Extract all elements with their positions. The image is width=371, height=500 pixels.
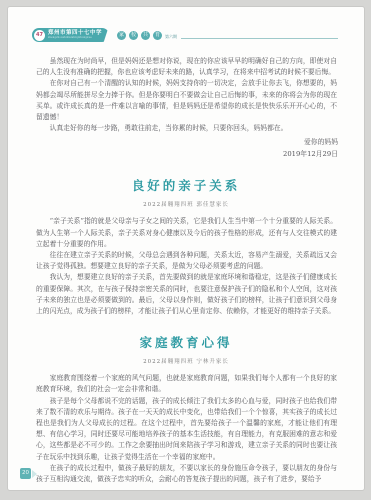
page-number: 20 (20, 468, 31, 479)
issue-label: 第六期 (165, 34, 177, 40)
letter-signature-block: 爱你的妈妈 2019年12月29日 (8, 137, 364, 160)
section-paragraph: 在孩子的成长过程中，做孩子最好的朋友，不要以家长的身份施压命令孩子，要以朋友的身… (36, 463, 337, 485)
page-number-badge: 20 (20, 468, 37, 479)
column-badge-icon: 家 (117, 31, 126, 40)
section-title: 家庭教育心得 (8, 333, 364, 351)
school-ribbon: 47 郑州市第四十七中学 zhengzhoushidisishiqizhongx… (32, 28, 109, 42)
section-body: 家庭教育围绕着一个家庭的风气问题，也就是家庭教育问题，如果我们每个人都有一个良好… (36, 373, 337, 485)
column-badges: 家 校 共 育 (117, 31, 162, 40)
section-paragraph: 往往在建立亲子关系的时候，父母总会遇到各种问题，关系太近，容易产生溺爱，关系疏远… (36, 250, 337, 272)
section-paragraph: “亲子关系”指的就是父母亲与子女之间的关系，它是我们人生当中第一个十分重要的人际… (36, 216, 337, 250)
section-title: 良好的亲子关系 (8, 176, 364, 194)
school-logo-icon: 47 (34, 30, 45, 41)
column-badge-icon: 校 (129, 31, 138, 40)
column-badge-icon: 育 (153, 31, 162, 40)
letter-body: 虽然现在为时尚早，但是妈妈还是想对你说，现在的你应该早早的明确好自己的方向，即使… (36, 56, 337, 134)
article-section: 良好的亲子关系 2022届翱翔四班 郭佳慧家长 “亲子关系”指的就是父母亲与子女… (8, 176, 364, 317)
letter-paragraph: 在你对自己有一个清醒的认知的时候，妈妈支持你的一切决定，会放手让你去飞，你想要的… (36, 78, 337, 123)
header-rule (181, 38, 338, 39)
letter-paragraph: 认真走好你的每一步路，勇敢往前走，当你累的时候，只要你回头，妈妈都在。 (36, 123, 337, 134)
column-badge-icon: 共 (141, 31, 150, 40)
page-corner-arrow-icon (32, 470, 37, 478)
letter-date: 2019年12月29日 (8, 149, 338, 161)
section-byline: 2022届翱翔四班 宁林升家长 (8, 357, 364, 365)
school-pinyin: zhengzhoushidisishiqizhongxue (48, 37, 97, 39)
section-paragraph: 孩子是每个父母都说不完的话题，孩子的成长倾注了我们太多的心血与爱，同时孩子也给我… (36, 396, 337, 463)
section-byline: 2022届翱翔四班 郭佳慧家长 (8, 200, 364, 208)
letter-paragraph: 虽然现在为时尚早，但是妈妈还是想对你说，现在的你应该早早的明确好自己的方向，即使… (36, 56, 337, 78)
article-section: 家庭教育心得 2022届翱翔四班 宁林升家长 家庭教育围绕着一个家庭的风气问题，… (8, 333, 364, 485)
section-paragraph: 我认为，想要建立良好的亲子关系，首先要做到的就是家庭环境和谐稳定，这是孩子们健康… (36, 272, 337, 317)
letter-signature: 爱你的妈妈 (8, 137, 338, 149)
scan-page: 47 郑州市第四十七中学 zhengzhoushidisishiqizhongx… (7, 6, 365, 491)
section-paragraph: 家庭教育围绕着一个家庭的风气问题，也就是家庭教育问题，如果我们每个人都有一个良好… (36, 373, 337, 395)
page-header: 47 郑州市第四十七中学 zhengzhoushidisishiqizhongx… (32, 27, 338, 43)
section-body: “亲子关系”指的就是父母亲与子女之间的关系，它是我们人生当中第一个十分重要的人际… (36, 216, 337, 317)
